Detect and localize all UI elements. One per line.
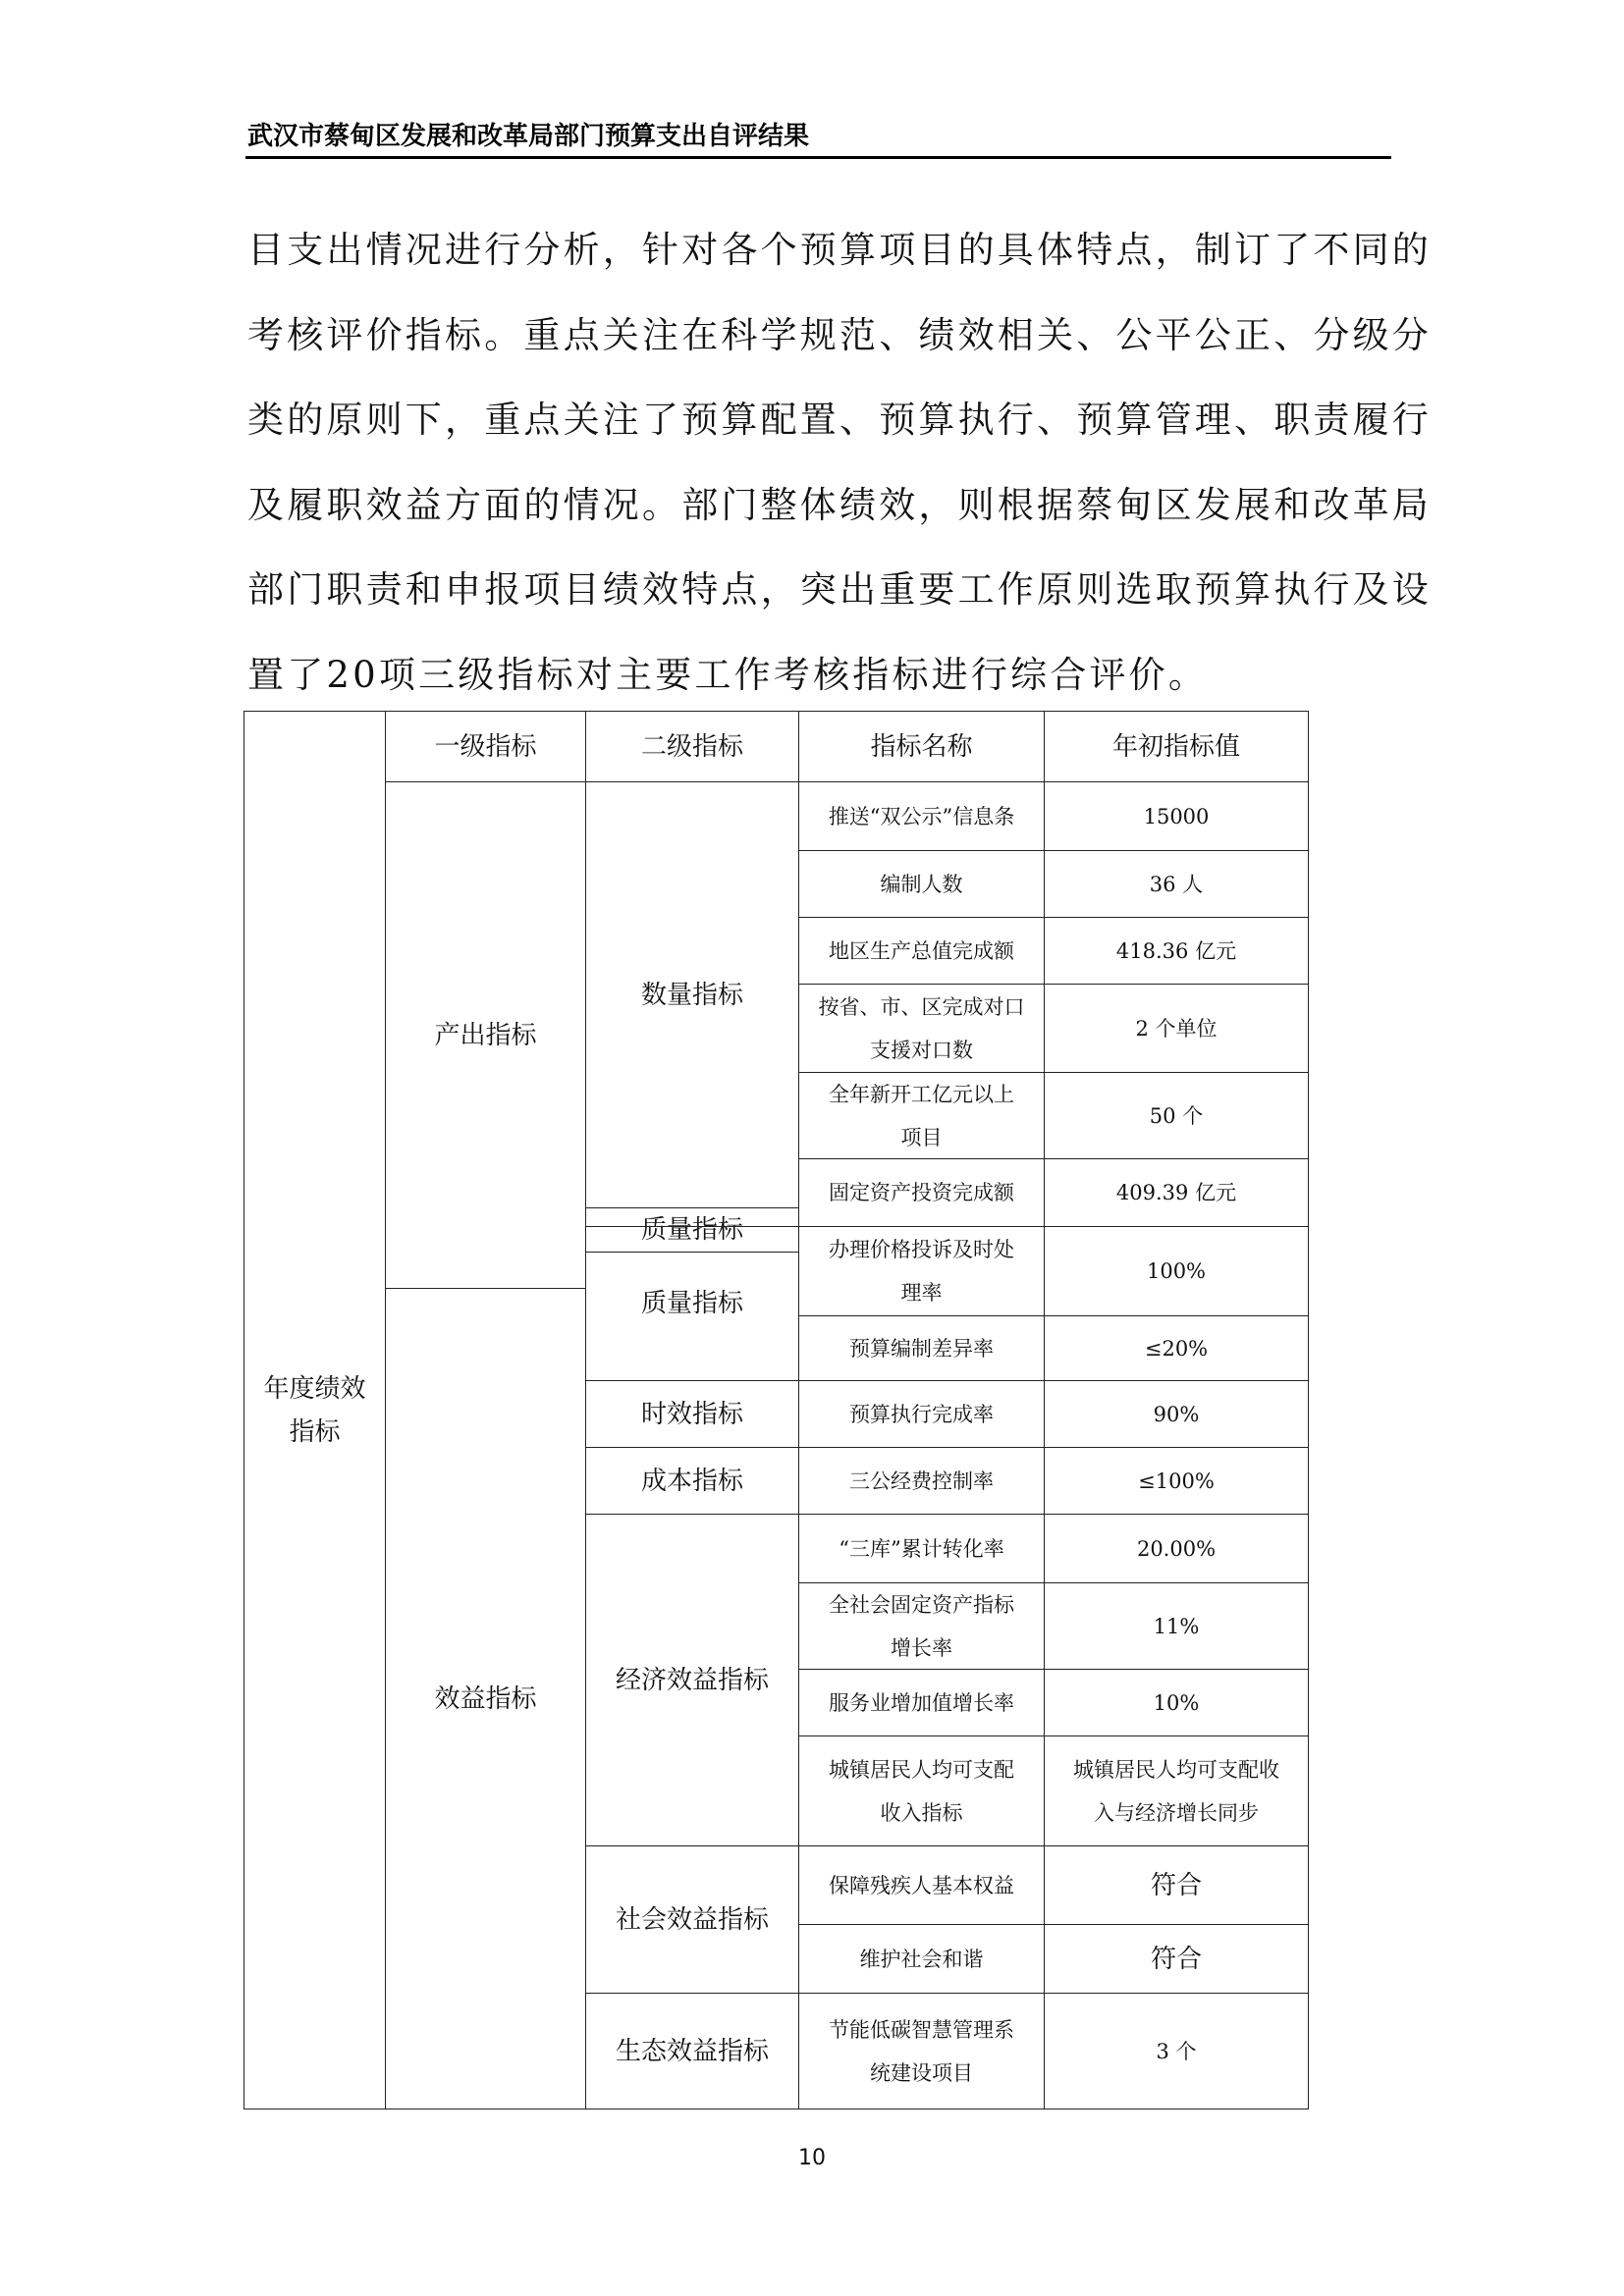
indicator-value-cell: 10% <box>1044 1669 1309 1736</box>
level2-cost-indicator-cell: 成本指标 <box>585 1447 799 1515</box>
indicator-name-line: 收入指标 <box>829 1791 1014 1835</box>
indicator-value-cell: 36 人 <box>1044 850 1309 918</box>
level2-timeliness-indicator-cell: 时效指标 <box>585 1380 799 1448</box>
level2-quality-indicator-cell: 质量指标 <box>585 1226 799 1381</box>
column-header-initial-target: 年初指标值 <box>1044 711 1309 782</box>
indicator-value-cell: 2 个单位 <box>1044 984 1309 1073</box>
indicator-name-cell: 全年新开工亿元以上 项目 <box>798 1072 1045 1159</box>
indicator-name-line: 城镇居民人均可支配 <box>829 1748 1014 1791</box>
indicator-name-cell: 服务业增加值增长率 <box>798 1669 1045 1736</box>
row-group-label-cell: 年度绩效 指标 <box>244 711 386 2109</box>
indicator-name-cell: 保障残疾人基本权益 <box>798 1845 1045 1925</box>
column-header-level1: 一级指标 <box>385 711 586 782</box>
indicator-name-cell: 维护社会和谐 <box>798 1924 1045 1994</box>
indicator-value-line: 入与经济增长同步 <box>1073 1791 1279 1835</box>
level2-social-benefit-indicator: 社会效益指标 <box>585 1845 799 1994</box>
body-line: 部门职责和申报项目绩效特点，突出重要工作原则选取预算执行及设 <box>247 548 1396 633</box>
indicator-name-cell: 推送“双公示”信息条 <box>798 781 1045 851</box>
indicator-value-cell: ≤20% <box>1044 1315 1309 1381</box>
body-line: 考核评价指标。重点关注在科学规范、绩效相关、公平公正、分级分 <box>247 294 1396 379</box>
level2-economic-benefit-indicator: 经济效益指标 <box>585 1514 799 1846</box>
indicator-name-line: 统建设项目 <box>829 2052 1014 2095</box>
indicator-value-cell: 100% <box>1044 1226 1309 1316</box>
level2-quantity-indicator: 数量指标 <box>585 781 799 1208</box>
indicator-name-line: 节能低碳智慧管理系 <box>829 2008 1014 2052</box>
body-line: 及履职效益方面的情况。部门整体绩效，则根据蔡甸区发展和改革局 <box>247 463 1396 549</box>
indicator-name-cell: 按省、市、区完成对口 支援对口数 <box>798 984 1045 1073</box>
level1-output-indicator: 产出指标 <box>385 781 586 1289</box>
indicator-value-cell: 15000 <box>1044 781 1309 851</box>
indicator-name-cell: 全社会固定资产指标 增长率 <box>798 1582 1045 1670</box>
level1-benefit-indicator: 效益指标 <box>385 1288 586 2109</box>
indicator-name-cell: 地区生产总值完成额 <box>798 917 1045 985</box>
body-line: 置了20项三级指标对主要工作考核指标进行综合评价。 <box>247 633 1396 719</box>
page-number: 10 <box>0 2146 1624 2170</box>
indicator-name-line: 理率 <box>829 1271 1014 1314</box>
indicator-name-cell: 预算编制差异率 <box>798 1315 1045 1381</box>
indicator-value-cell: 3 个 <box>1044 1993 1309 2109</box>
indicator-name-cell: 三公经费控制率 <box>798 1447 1045 1515</box>
indicator-value-cell: 90% <box>1044 1380 1309 1448</box>
indicator-value-cell: 20.00% <box>1044 1514 1309 1583</box>
indicator-name-line: 办理价格投诉及时处 <box>829 1228 1014 1271</box>
indicator-value-cell: 418.36 亿元 <box>1044 917 1309 985</box>
indicator-name-line: 全社会固定资产指标 <box>829 1583 1014 1627</box>
indicator-value-cell: 11% <box>1044 1582 1309 1670</box>
indicator-value-cell: 409.39 亿元 <box>1044 1158 1309 1227</box>
indicator-value-cell: 50 个 <box>1044 1072 1309 1159</box>
indicator-name-line: 项目 <box>829 1116 1014 1159</box>
indicator-value-cell: 符合 <box>1044 1924 1309 1994</box>
indicator-name-line: 按省、市、区完成对口 <box>819 986 1025 1029</box>
indicator-value-cell: ≤100% <box>1044 1447 1309 1515</box>
body-line: 类的原则下，重点关注了预算配置、预算执行、预算管理、职责履行 <box>247 378 1396 463</box>
indicator-name-line: 增长率 <box>829 1627 1014 1670</box>
column-header-indicator-name: 指标名称 <box>798 711 1045 782</box>
body-paragraph: 目支出情况进行分析，针对各个预算项目的具体特点，制订了不同的 考核评价指标。重点… <box>247 208 1396 718</box>
indicator-name-cell: 固定资产投资完成额 <box>798 1158 1045 1227</box>
indicator-name-cell: 预算执行完成率 <box>798 1380 1045 1448</box>
indicator-value-line: 城镇居民人均可支配收 <box>1073 1748 1279 1791</box>
indicator-name-cell: “三库”累计转化率 <box>798 1514 1045 1583</box>
body-line: 目支出情况进行分析，针对各个预算项目的具体特点，制订了不同的 <box>247 208 1396 294</box>
indicator-value-cell: 城镇居民人均可支配收 入与经济增长同步 <box>1044 1735 1309 1846</box>
indicator-name-line: 全年新开工亿元以上 <box>829 1073 1014 1116</box>
row-group-label-line: 年度绩效 <box>263 1367 365 1411</box>
document-header-title: 武汉市蔡甸区发展和改革局部门预算支出自评结果 <box>247 116 809 152</box>
row-group-label-line: 指标 <box>263 1411 365 1454</box>
header-divider <box>245 156 1391 159</box>
indicator-value-cell: 符合 <box>1044 1845 1309 1925</box>
indicator-name-cell: 城镇居民人均可支配 收入指标 <box>798 1735 1045 1846</box>
column-header-level2: 二级指标 <box>585 711 799 782</box>
indicator-name-cell: 节能低碳智慧管理系 统建设项目 <box>798 1993 1045 2109</box>
indicator-name-cell: 编制人数 <box>798 850 1045 918</box>
indicator-name-line: 支援对口数 <box>819 1029 1025 1072</box>
level2-ecological-benefit-indicator: 生态效益指标 <box>585 1993 799 2109</box>
indicator-name-cell: 办理价格投诉及时处 理率 <box>798 1226 1045 1316</box>
